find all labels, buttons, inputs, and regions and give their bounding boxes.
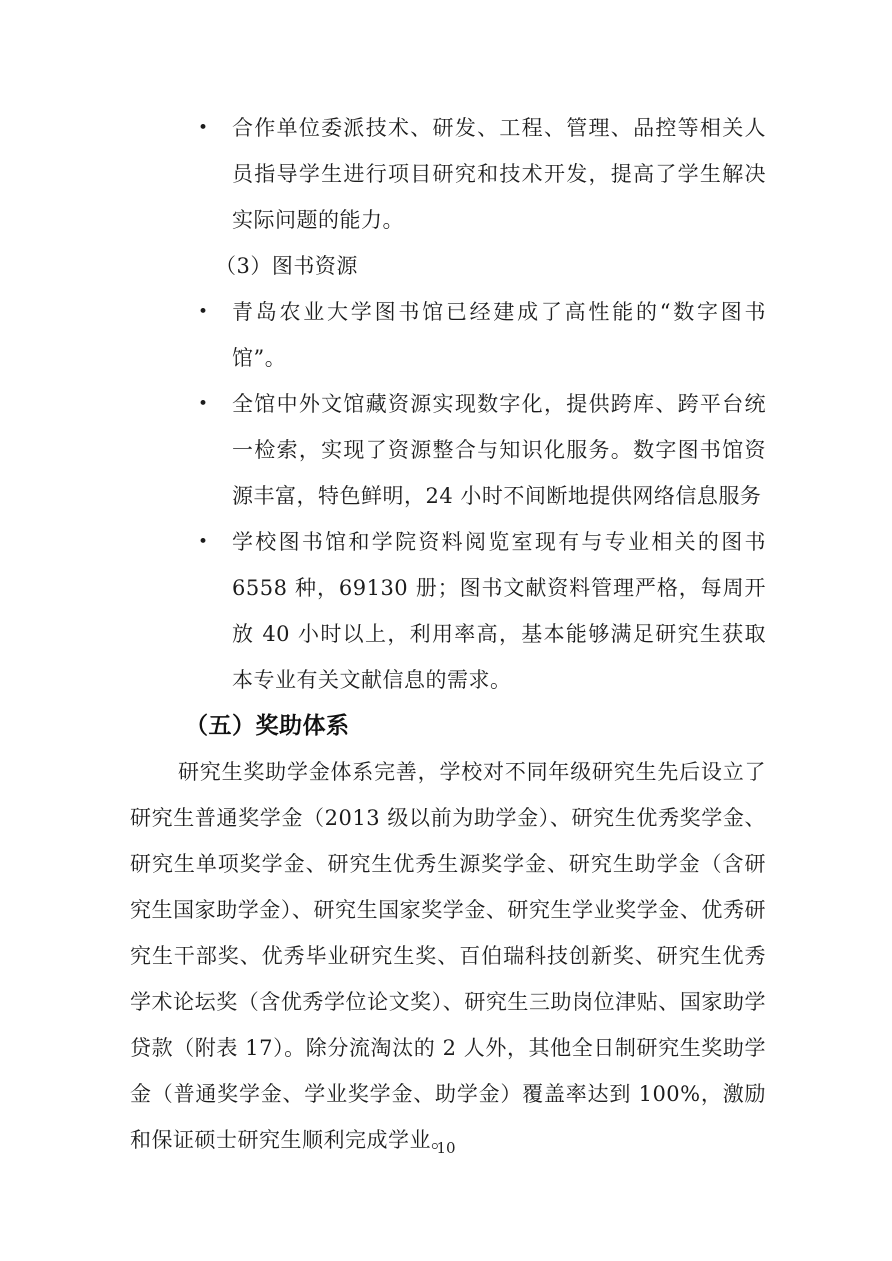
bullet-list-item: • 学校图书馆和学院资料阅览室现有与专业相关的图书 6558 种，69130 册… — [130, 519, 766, 703]
body-paragraph: 研究生奖助学金体系完善，学校对不同年级研究生先后设立了研究生普通奖学金（2013… — [130, 749, 766, 1163]
section-heading: （五）奖助体系 — [130, 703, 766, 749]
document-page: • 合作单位委派技术、研发、工程、管理、品控等相关人员指导学生进行项目研究和技术… — [0, 0, 892, 1261]
page-number: 10 — [0, 1138, 892, 1158]
bullet-text: 合作单位委派技术、研发、工程、管理、品控等相关人员指导学生进行项目研究和技术开发… — [232, 116, 766, 232]
numbered-sub-heading: （3）图书资源 — [130, 243, 766, 289]
bullet-icon: • — [198, 519, 209, 565]
bullet-list-item: • 全馆中外文馆藏资源实现数字化，提供跨库、跨平台统一检索，实现了资源整合与知识… — [130, 381, 766, 519]
bullet-icon: • — [198, 381, 209, 427]
bullet-list-item: • 青岛农业大学图书馆已经建成了高性能的“数字图书馆”。 — [130, 289, 766, 381]
bullet-text: 学校图书馆和学院资料阅览室现有与专业相关的图书 6558 种，69130 册；图… — [232, 530, 766, 692]
document-body: • 合作单位委派技术、研发、工程、管理、品控等相关人员指导学生进行项目研究和技术… — [130, 105, 766, 1163]
bullet-icon: • — [198, 105, 209, 151]
bullet-icon: • — [198, 289, 209, 335]
bullet-list-item: • 合作单位委派技术、研发、工程、管理、品控等相关人员指导学生进行项目研究和技术… — [130, 105, 766, 243]
bullet-text: 全馆中外文馆藏资源实现数字化，提供跨库、跨平台统一检索，实现了资源整合与知识化服… — [232, 392, 766, 508]
bullet-text: 青岛农业大学图书馆已经建成了高性能的“数字图书馆”。 — [232, 300, 766, 370]
